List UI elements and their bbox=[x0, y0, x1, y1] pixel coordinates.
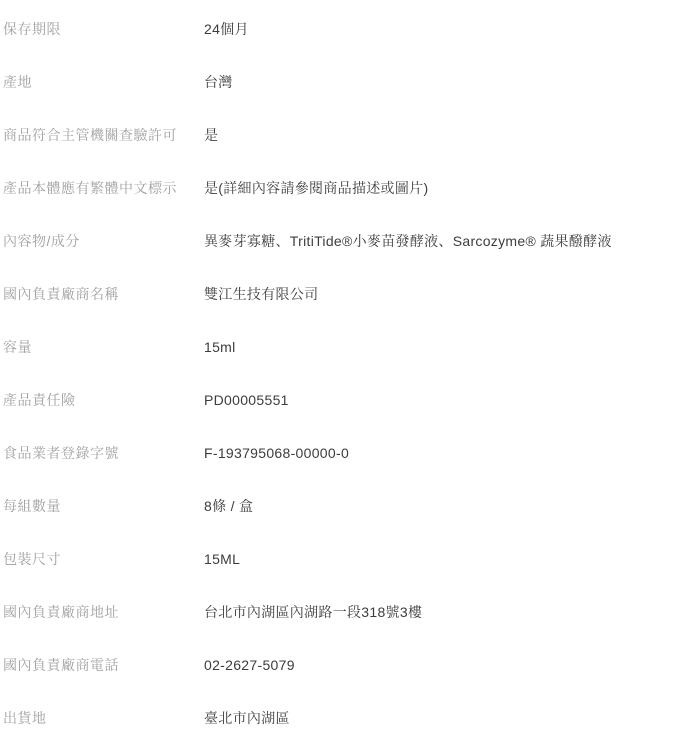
spec-label: 食品業者登錄字號 bbox=[0, 444, 204, 462]
spec-label: 國內負責廠商名稱 bbox=[0, 285, 204, 303]
spec-value: 是 bbox=[204, 126, 693, 144]
spec-label: 容量 bbox=[0, 338, 204, 356]
spec-label: 包裝尺寸 bbox=[0, 550, 204, 568]
spec-label: 產地 bbox=[0, 73, 204, 91]
spec-label: 每組數量 bbox=[0, 497, 204, 515]
spec-row-responsible-vendor-address: 國內負責廠商地址 台北市內湖區內湖路一段318號3樓 bbox=[0, 583, 693, 636]
spec-row-chinese-labeling: 產品本體應有繁體中文標示 是(詳細內容請參閱商品描述或圖片) bbox=[0, 159, 693, 212]
spec-value: 台北市內湖區內湖路一段318號3樓 bbox=[204, 603, 693, 621]
spec-row-shipping-location: 出貨地 臺北市內湖區 bbox=[0, 689, 693, 742]
spec-value: 02-2627-5079 bbox=[204, 656, 693, 674]
spec-value: 異麥芽寡糖、TritiTide®小麥苗發酵液、Sarcozyme® 蔬果醱酵液 bbox=[204, 232, 693, 250]
spec-label: 內容物/成分 bbox=[0, 232, 204, 250]
product-spec-table: 保存期限 24個月 產地 台灣 商品符合主管機關查驗許可 是 產品本體應有繁體中… bbox=[0, 0, 693, 742]
spec-row-product-liability-insurance: 產品責任險 PD00005551 bbox=[0, 371, 693, 424]
spec-row-responsible-vendor-name: 國內負責廠商名稱 雙江生技有限公司 bbox=[0, 265, 693, 318]
spec-row-food-business-registration: 食品業者登錄字號 F-193795068-00000-0 bbox=[0, 424, 693, 477]
spec-value: 台灣 bbox=[204, 73, 693, 91]
spec-value: PD00005551 bbox=[204, 391, 693, 409]
spec-value: 8條 / 盒 bbox=[204, 497, 693, 515]
spec-row-shelf-life: 保存期限 24個月 bbox=[0, 0, 693, 53]
spec-value: 是(詳細內容請參閱商品描述或圖片) bbox=[204, 179, 693, 197]
spec-label: 保存期限 bbox=[0, 20, 204, 38]
spec-value: F-193795068-00000-0 bbox=[204, 444, 693, 462]
spec-row-package-size: 包裝尺寸 15ML bbox=[0, 530, 693, 583]
spec-value: 15ml bbox=[204, 338, 693, 356]
spec-label: 出貨地 bbox=[0, 709, 204, 727]
spec-row-ingredients: 內容物/成分 異麥芽寡糖、TritiTide®小麥苗發酵液、Sarcozyme®… bbox=[0, 212, 693, 265]
spec-row-origin: 產地 台灣 bbox=[0, 53, 693, 106]
spec-row-capacity: 容量 15ml bbox=[0, 318, 693, 371]
spec-label: 國內負責廠商地址 bbox=[0, 603, 204, 621]
spec-label: 產品責任險 bbox=[0, 391, 204, 409]
spec-label: 商品符合主管機關查驗許可 bbox=[0, 126, 204, 144]
spec-value: 24個月 bbox=[204, 20, 693, 38]
spec-row-responsible-vendor-phone: 國內負責廠商電話 02-2627-5079 bbox=[0, 636, 693, 689]
spec-label: 國內負責廠商電話 bbox=[0, 656, 204, 674]
spec-value: 雙江生技有限公司 bbox=[204, 285, 693, 303]
spec-value: 臺北市內湖區 bbox=[204, 709, 693, 727]
spec-label: 產品本體應有繁體中文標示 bbox=[0, 179, 204, 197]
spec-row-authority-approval: 商品符合主管機關查驗許可 是 bbox=[0, 106, 693, 159]
spec-value: 15ML bbox=[204, 550, 693, 568]
spec-row-quantity-per-set: 每組數量 8條 / 盒 bbox=[0, 477, 693, 530]
